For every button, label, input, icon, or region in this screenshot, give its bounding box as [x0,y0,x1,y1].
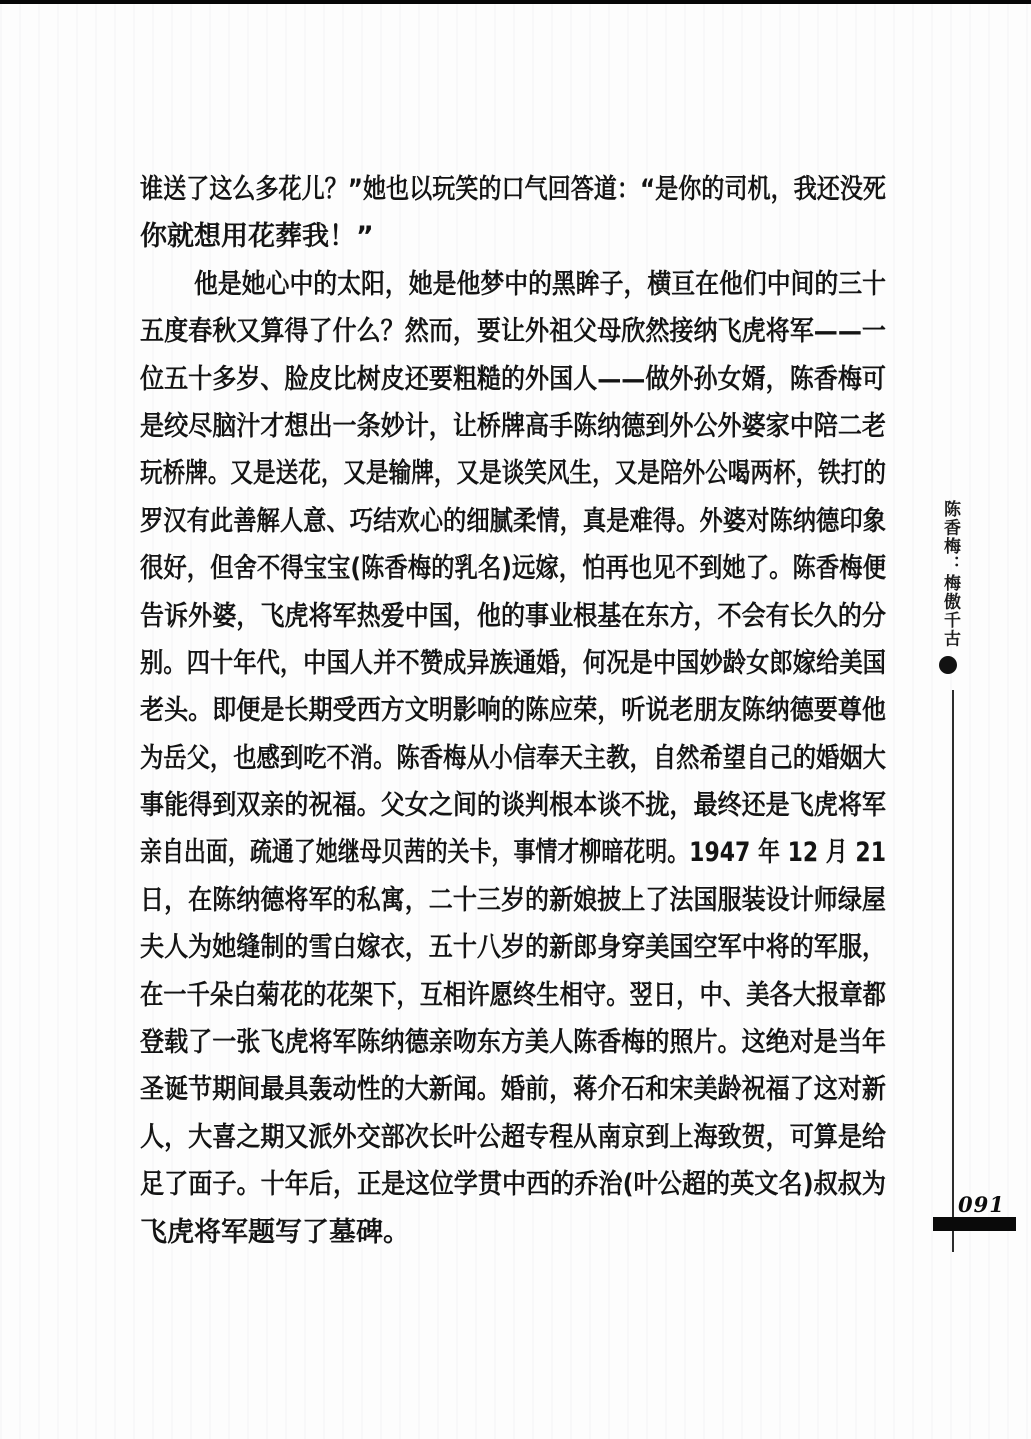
text-line: 亲自出面，疏通了她继母贝茜的关卡，事情才柳暗花明。1947 年 12 月 21 [140,829,886,876]
text-line-content: 在一千朵白菊花的花架下，互相许愿终生相守。翌日，中、美各大报章都 [140,972,886,1019]
text-line: 告诉外婆，飞虎将军热爱中国，他的事业根基在东方，不会有长久的分 [140,593,886,640]
text-line-content: 玩桥牌。又是送花，又是输牌，又是谈笑风生，又是陪外公喝两杯，铁打的 [140,450,886,497]
scan-edge-top [0,0,1031,4]
text-line-content: 五度春秋又算得了什么？然而，要让外祖父母欣然接纳飞虎将军——一 [140,308,886,355]
text-line: 五度春秋又算得了什么？然而，要让外祖父母欣然接纳飞虎将军——一 [140,308,886,355]
text-line-content: 位五十多岁、脸皮比树皮还要粗糙的外国人——做外孙女婿，陈香梅可 [140,356,886,403]
text-line-content: 事能得到双亲的祝福。父女之间的谈判根本谈不拢，最终还是飞虎将军 [140,782,886,829]
text-line-content: 为岳父，也感到吃不消。陈香梅从小信奉天主教，自然希望自己的婚姻大 [140,735,886,782]
text-line-content: 圣诞节期间最具轰动性的大新闻。婚前，蒋介石和宋美龄祝福了这对新 [140,1066,886,1113]
text-line: 足了面子。十年后，正是这位学贯中西的乔治(叶公超的英文名)叔叔为 [140,1161,886,1208]
text-line: 飞虎将军题写了墓碑。 [140,1209,886,1256]
text-line-content: 足了面子。十年后，正是这位学贯中西的乔治(叶公超的英文名)叔叔为 [140,1161,886,1208]
page-number: 091 [958,1192,1002,1217]
text-line: 事能得到双亲的祝福。父女之间的谈判根本谈不拢，最终还是飞虎将军 [140,782,886,829]
text-line: 人，大喜之期又派外交部次长叶公超专程从南京到上海致贺，可算是给 [140,1114,886,1161]
text-line-content: 告诉外婆，飞虎将军热爱中国，他的事业根基在东方，不会有长久的分 [140,593,886,640]
sidebar-bullet-icon [939,656,957,674]
text-line: 你就想用花葬我！” [140,213,886,260]
text-line: 是绞尽脑汁才想出一条妙计，让桥牌高手陈纳德到外公外婆家中陪二老 [140,403,886,450]
text-line-content: 飞虎将军题写了墓碑。 [140,1209,410,1256]
text-line-content: 是绞尽脑汁才想出一条妙计，让桥牌高手陈纳德到外公外婆家中陪二老 [140,403,886,450]
text-line-content: 你就想用花葬我！” [140,213,374,260]
text-line-content: 别。四十年代，中国人并不赞成异族通婚，何况是中国妙龄女郎嫁给美国 [140,640,886,687]
text-line-content: 日，在陈纳德将军的私寓，二十三岁的新娘披上了法国服装设计师绿屋 [140,877,886,924]
text-line: 老头。即便是长期受西方文明影响的陈应荣，听说老朋友陈纳德要尊他 [140,687,886,734]
text-line: 夫人为她缝制的雪白嫁衣，五十八岁的新郎身穿美国空军中将的军服， [140,924,886,971]
text-line: 登载了一张飞虎将军陈纳德亲吻东方美人陈香梅的照片。这绝对是当年 [140,1019,886,1066]
text-line-content: 罗汉有此善解人意、巧结欢心的细腻柔情，真是难得。外婆对陈纳德印象 [140,498,886,545]
page-number-bar [933,1217,1016,1231]
text-line-content: 他是她心中的太阳，她是他梦中的黑眸子，横亘在他们中间的三十 [194,261,886,308]
sidebar-vertical-title: 陈香梅：梅傲千古 [933,500,963,648]
text-line: 圣诞节期间最具轰动性的大新闻。婚前，蒋介石和宋美龄祝福了这对新 [140,1066,886,1113]
text-line-content: 人，大喜之期又派外交部次长叶公超专程从南京到上海致贺，可算是给 [140,1114,886,1161]
text-line: 玩桥牌。又是送花，又是输牌，又是谈笑风生，又是陪外公喝两杯，铁打的 [140,450,886,497]
text-line: 为岳父，也感到吃不消。陈香梅从小信奉天主教，自然希望自己的婚姻大 [140,735,886,782]
scan-speck [733,278,736,281]
text-line-content: 老头。即便是长期受西方文明影响的陈应荣，听说老朋友陈纳德要尊他 [140,687,886,734]
sidebar-vertical-rule [952,690,954,1252]
text-line-content: 谁送了这么多花儿？”她也以玩笑的口气回答道：“是你的司机，我还没死 [140,166,886,213]
text-line-content: 登载了一张飞虎将军陈纳德亲吻东方美人陈香梅的照片。这绝对是当年 [140,1019,886,1066]
text-line: 罗汉有此善解人意、巧结欢心的细腻柔情，真是难得。外婆对陈纳德印象 [140,498,886,545]
text-line: 他是她心中的太阳，她是他梦中的黑眸子，横亘在他们中间的三十 [140,261,886,308]
text-line: 位五十多岁、脸皮比树皮还要粗糙的外国人——做外孙女婿，陈香梅可 [140,356,886,403]
text-line-content: 很好，但舍不得宝宝(陈香梅的乳名)远嫁，怕再也见不到她了。陈香梅便 [140,545,886,592]
text-line: 谁送了这么多花儿？”她也以玩笑的口气回答道：“是你的司机，我还没死 [140,166,886,213]
text-line: 很好，但舍不得宝宝(陈香梅的乳名)远嫁，怕再也见不到她了。陈香梅便 [140,545,886,592]
body-text: 谁送了这么多花儿？”她也以玩笑的口气回答道：“是你的司机，我还没死你就想用花葬我… [140,166,886,1256]
text-line: 日，在陈纳德将军的私寓，二十三岁的新娘披上了法国服装设计师绿屋 [140,877,886,924]
text-line-content: 亲自出面，疏通了她继母贝茜的关卡，事情才柳暗花明。1947 年 12 月 21 [140,829,886,876]
text-line: 在一千朵白菊花的花架下，互相许愿终生相守。翌日，中、美各大报章都 [140,972,886,1019]
text-line: 别。四十年代，中国人并不赞成异族通婚，何况是中国妙龄女郎嫁给美国 [140,640,886,687]
book-page: 谁送了这么多花儿？”她也以玩笑的口气回答道：“是你的司机，我还没死你就想用花葬我… [0,0,1031,1439]
text-line-content: 夫人为她缝制的雪白嫁衣，五十八岁的新郎身穿美国空军中将的军服， [140,924,886,971]
